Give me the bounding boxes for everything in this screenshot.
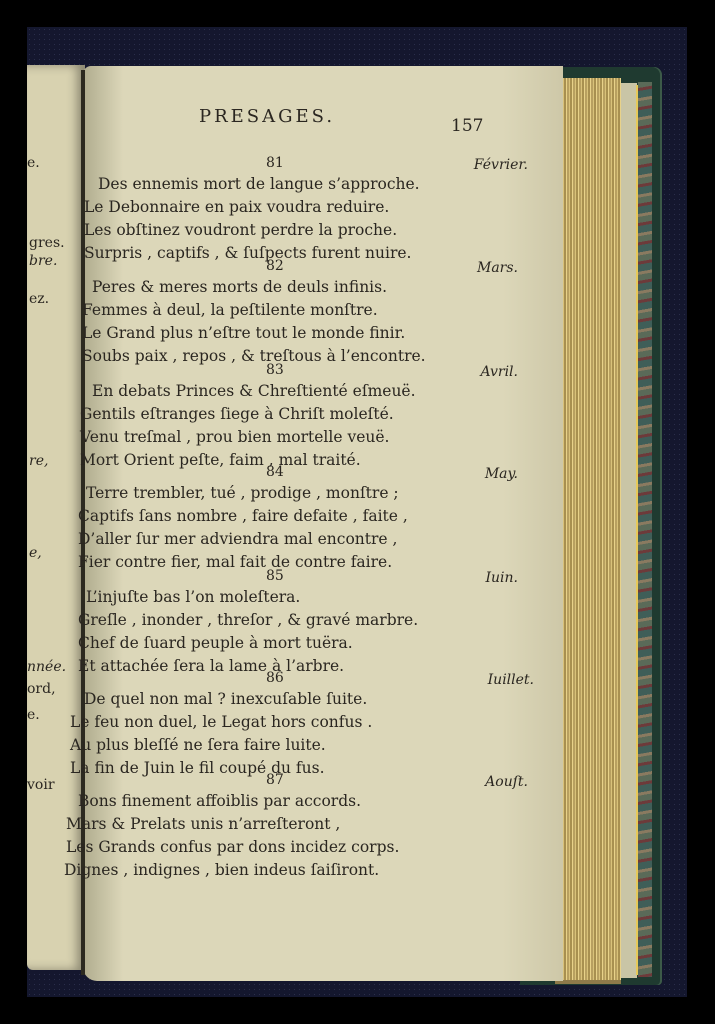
verse-line: Les Grands confus par dons incidez corps… bbox=[66, 838, 399, 856]
stanza-month: Mars. bbox=[477, 260, 518, 276]
verse-line: Bons finement affoiblis par accords. bbox=[78, 792, 361, 810]
stanza-month: Iuillet. bbox=[488, 672, 534, 688]
left-fragment: ord, bbox=[27, 681, 56, 697]
stanza-number: 82 bbox=[266, 258, 284, 274]
gilt-page-edges bbox=[555, 78, 621, 984]
stanza-number: 87 bbox=[266, 772, 284, 788]
stanza-number: 83 bbox=[266, 362, 284, 378]
verse-line: En debats Princes & Chreſtienté eſmeuë. bbox=[92, 382, 416, 400]
verse-line: Venu treſmal , prou bien mortelle veuë. bbox=[80, 428, 389, 446]
verse-line: Des ennemis mort de langue s’approche. bbox=[98, 175, 420, 193]
verse-line: Le Grand plus n’eſtre tout le monde fini… bbox=[82, 324, 405, 342]
stanza-month: Aouſt. bbox=[485, 774, 528, 790]
stanza-number: 84 bbox=[266, 464, 284, 480]
gilt-rule bbox=[636, 85, 638, 975]
verse-line: Captifs ſans nombre , faire defaite , fa… bbox=[78, 507, 408, 525]
left-fragment: voir bbox=[27, 777, 55, 793]
verse-line: Chef de ſuard peuple à mort tuëra. bbox=[78, 634, 353, 652]
verse-line: Le feu non duel, le Legat hors confus . bbox=[70, 713, 372, 731]
left-fragment: ez. bbox=[29, 291, 49, 307]
verse-line: Peres & meres morts de deuls infinis. bbox=[92, 278, 387, 296]
left-fragment: e. bbox=[27, 155, 40, 171]
verse-line: Gentils eſtranges ſiege à Chriſt moleſté… bbox=[80, 405, 394, 423]
verse-line: Fier contre fier, mal fait de contre fai… bbox=[78, 553, 392, 571]
verse-line: Les obſtinez voudront perdre la proche. bbox=[84, 221, 397, 239]
verse-line: Greſle , inonder , threſor , & gravé mar… bbox=[78, 611, 418, 629]
left-fragment: e. bbox=[27, 707, 40, 723]
flyleaf-edge bbox=[620, 83, 637, 978]
stanza-number: 81 bbox=[266, 155, 284, 171]
page-number: 157 bbox=[451, 116, 483, 136]
left-fragment: re, bbox=[29, 453, 48, 469]
left-fragment: e, bbox=[29, 545, 42, 561]
verse-line: Mort Orient peſte, faim , mal traité. bbox=[80, 451, 361, 469]
verse-line: Mars & Prelats unis n’arreſteront , bbox=[66, 815, 340, 833]
verse-line: D’aller ſur mer adviendra mal encontre , bbox=[78, 530, 397, 548]
stanza-number: 85 bbox=[266, 568, 284, 584]
left-page: e. gres. bre. ez. re, e, nnée. ord, e. v… bbox=[27, 65, 85, 970]
left-fragment: bre. bbox=[29, 253, 57, 269]
stanza-month: Février. bbox=[474, 157, 528, 173]
verse-line: De quel non mal ? inexcuſable ſuite. bbox=[84, 690, 367, 708]
stanza-month: Avril. bbox=[480, 364, 518, 380]
verse-line: Le Debonnaire en paix voudra reduire. bbox=[84, 198, 389, 216]
verse-line: La fin de Juin le fil coupé du fus. bbox=[70, 759, 325, 777]
left-fragment: nnée. bbox=[27, 659, 66, 675]
verse-line: Dignes , indignes , bien indeus ſaiſiron… bbox=[64, 861, 379, 879]
stanza-month: May. bbox=[485, 466, 518, 482]
verse-line: Soubs paix , repos , & treſtous à l’enco… bbox=[82, 347, 426, 365]
verse-line: Et attachée ſera la lame à l’arbre. bbox=[78, 657, 344, 675]
verse-line: Au plus bleſſé ne ſera faire luite. bbox=[70, 736, 326, 754]
verse-line: L’injuſte bas l’on moleſtera. bbox=[86, 588, 300, 606]
verse-line: Femmes à deul, la peſtilente monſtre. bbox=[82, 301, 378, 319]
marbled-endpaper bbox=[638, 82, 652, 977]
stanza-number: 86 bbox=[266, 670, 284, 686]
stanza-month: Iuin. bbox=[486, 570, 519, 586]
running-head: PRESAGES. bbox=[199, 106, 335, 127]
left-fragment: gres. bbox=[29, 235, 65, 251]
verse-line: Terre trembler, tué , prodige , monſtre … bbox=[86, 484, 399, 502]
verse-line: Surpris , captifs , & ſuſpects furent nu… bbox=[84, 244, 411, 262]
